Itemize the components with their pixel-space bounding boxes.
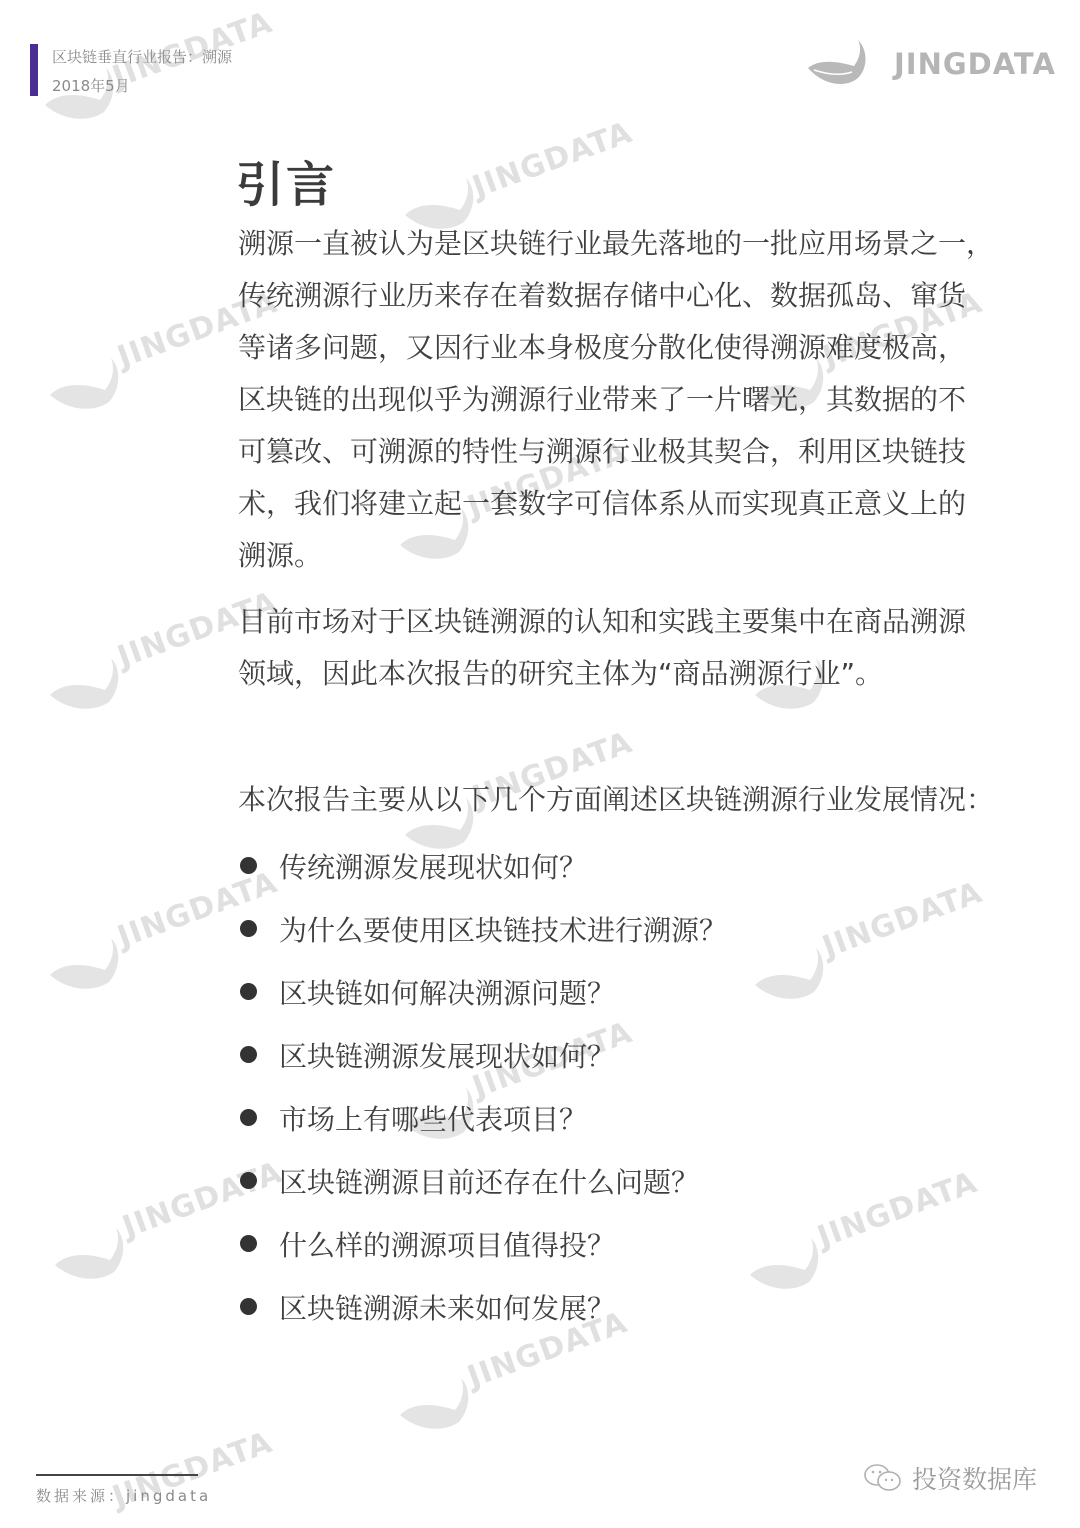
bullet-icon: [240, 1298, 257, 1315]
bullet-icon: [240, 1046, 257, 1063]
data-source-note: 数据来源：jingdata: [36, 1485, 211, 1506]
list-item: 区块链如何解决溯源问题？: [238, 960, 727, 1023]
wechat-account-badge: 投资数据库: [862, 1460, 1037, 1496]
list-item-text: 什么样的溯源项目值得投？: [279, 1224, 615, 1264]
list-item-text: 区块链如何解决溯源问题？: [279, 972, 615, 1012]
whale-watermark-icon: [50, 1220, 130, 1290]
whale-watermark-icon: [45, 650, 125, 720]
watermark: JINGDATA: [40, 60, 120, 134]
whale-watermark-icon: [45, 930, 125, 1000]
paragraph-line: 区块链的出现似乎为溯源行业带来了一片曙光，其数据的不: [238, 374, 1058, 426]
watermark: JINGDATA: [395, 1370, 475, 1444]
intro-paragraph-2: 目前市场对于区块链溯源的认知和实践主要集中在商品溯源 领域，因此本次报告的研究主…: [238, 596, 1058, 700]
bullet-icon: [240, 1235, 257, 1252]
paragraph-line: 等诸多问题，又因行业本身极度分散化使得溯源难度极高，: [238, 322, 1058, 374]
watermark: JINGDATA: [50, 1220, 130, 1294]
jingdata-logo: JINGDATA: [806, 38, 1056, 90]
header-accent-bar: [30, 44, 38, 96]
page-title: 引言: [236, 146, 336, 215]
paragraph-line: 目前市场对于区块链溯源的认知和实践主要集中在商品溯源: [238, 596, 1058, 648]
report-page: JINGDATA JINGDATA JINGDATA JINGDATA JING…: [0, 0, 1080, 1528]
whale-watermark-icon: [750, 940, 830, 1010]
whale-watermark-icon: [45, 350, 125, 420]
list-item-text: 区块链溯源发展现状如何？: [279, 1035, 615, 1075]
logo-text: JINGDATA: [894, 47, 1056, 81]
account-name: 投资数据库: [912, 1460, 1037, 1496]
paragraph-line: 术，我们将建立起一套数字可信体系从而实现真正意义上的: [238, 478, 1058, 530]
list-item: 区块链溯源发展现状如何？: [238, 1023, 727, 1086]
bullet-icon: [240, 983, 257, 1000]
watermark: JINGDATA: [750, 940, 830, 1014]
list-item: 区块链溯源未来如何发展？: [238, 1275, 727, 1338]
watermark-text: JINGDATA: [813, 1165, 982, 1255]
topics-list: 传统溯源发展现状如何？ 为什么要使用区块链技术进行溯源？ 区块链如何解决溯源问题…: [238, 834, 727, 1338]
report-date: 2018年5月: [52, 75, 130, 96]
whale-watermark-icon: [745, 1230, 825, 1300]
paragraph-line: 传统溯源行业历来存在着数据存储中心化、数据孤岛、窜货: [238, 270, 1058, 322]
watermark: JINGDATA: [745, 1230, 825, 1304]
paragraph-line: 溯源。: [238, 530, 1058, 582]
bullet-icon: [240, 1172, 257, 1189]
watermark: JINGDATA: [45, 350, 125, 424]
footer-divider: [36, 1474, 198, 1476]
intro-paragraph-1: 溯源一直被认为是区块链行业最先落地的一批应用场景之一， 传统溯源行业历来存在着数…: [238, 218, 1058, 582]
list-item: 区块链溯源目前还存在什么问题？: [238, 1149, 727, 1212]
whale-watermark-icon: [395, 1370, 475, 1440]
whale-icon: [806, 38, 872, 90]
list-item-text: 区块链溯源未来如何发展？: [279, 1287, 615, 1327]
bullet-icon: [240, 857, 257, 874]
list-intro: 本次报告主要从以下几个方面阐述区块链溯源行业发展情况：: [238, 774, 994, 826]
list-item: 什么样的溯源项目值得投？: [238, 1212, 727, 1275]
report-title: 区块链垂直行业报告：溯源: [52, 46, 232, 67]
list-item-text: 为什么要使用区块链技术进行溯源？: [279, 909, 727, 949]
list-item-text: 传统溯源发展现状如何？: [279, 846, 587, 886]
list-item: 市场上有哪些代表项目？: [238, 1086, 727, 1149]
list-item-text: 区块链溯源目前还存在什么问题？: [279, 1161, 699, 1201]
watermark: JINGDATA: [45, 930, 125, 1004]
paragraph-line: 溯源一直被认为是区块链行业最先落地的一批应用场景之一，: [238, 218, 1058, 270]
list-item: 为什么要使用区块链技术进行溯源？: [238, 897, 727, 960]
watermark-text: JINGDATA: [818, 875, 987, 965]
bullet-icon: [240, 920, 257, 937]
list-item-text: 市场上有哪些代表项目？: [279, 1098, 587, 1138]
wechat-icon: [862, 1463, 904, 1493]
paragraph-line: 可篡改、可溯源的特性与溯源行业极其契合，利用区块链技: [238, 426, 1058, 478]
watermark-text: JINGDATA: [468, 115, 637, 205]
paragraph-line: 领域，因此本次报告的研究主体为“商品溯源行业”。: [238, 648, 1058, 700]
watermark: JINGDATA: [45, 650, 125, 724]
list-item: 传统溯源发展现状如何？: [238, 834, 727, 897]
bullet-icon: [240, 1109, 257, 1126]
